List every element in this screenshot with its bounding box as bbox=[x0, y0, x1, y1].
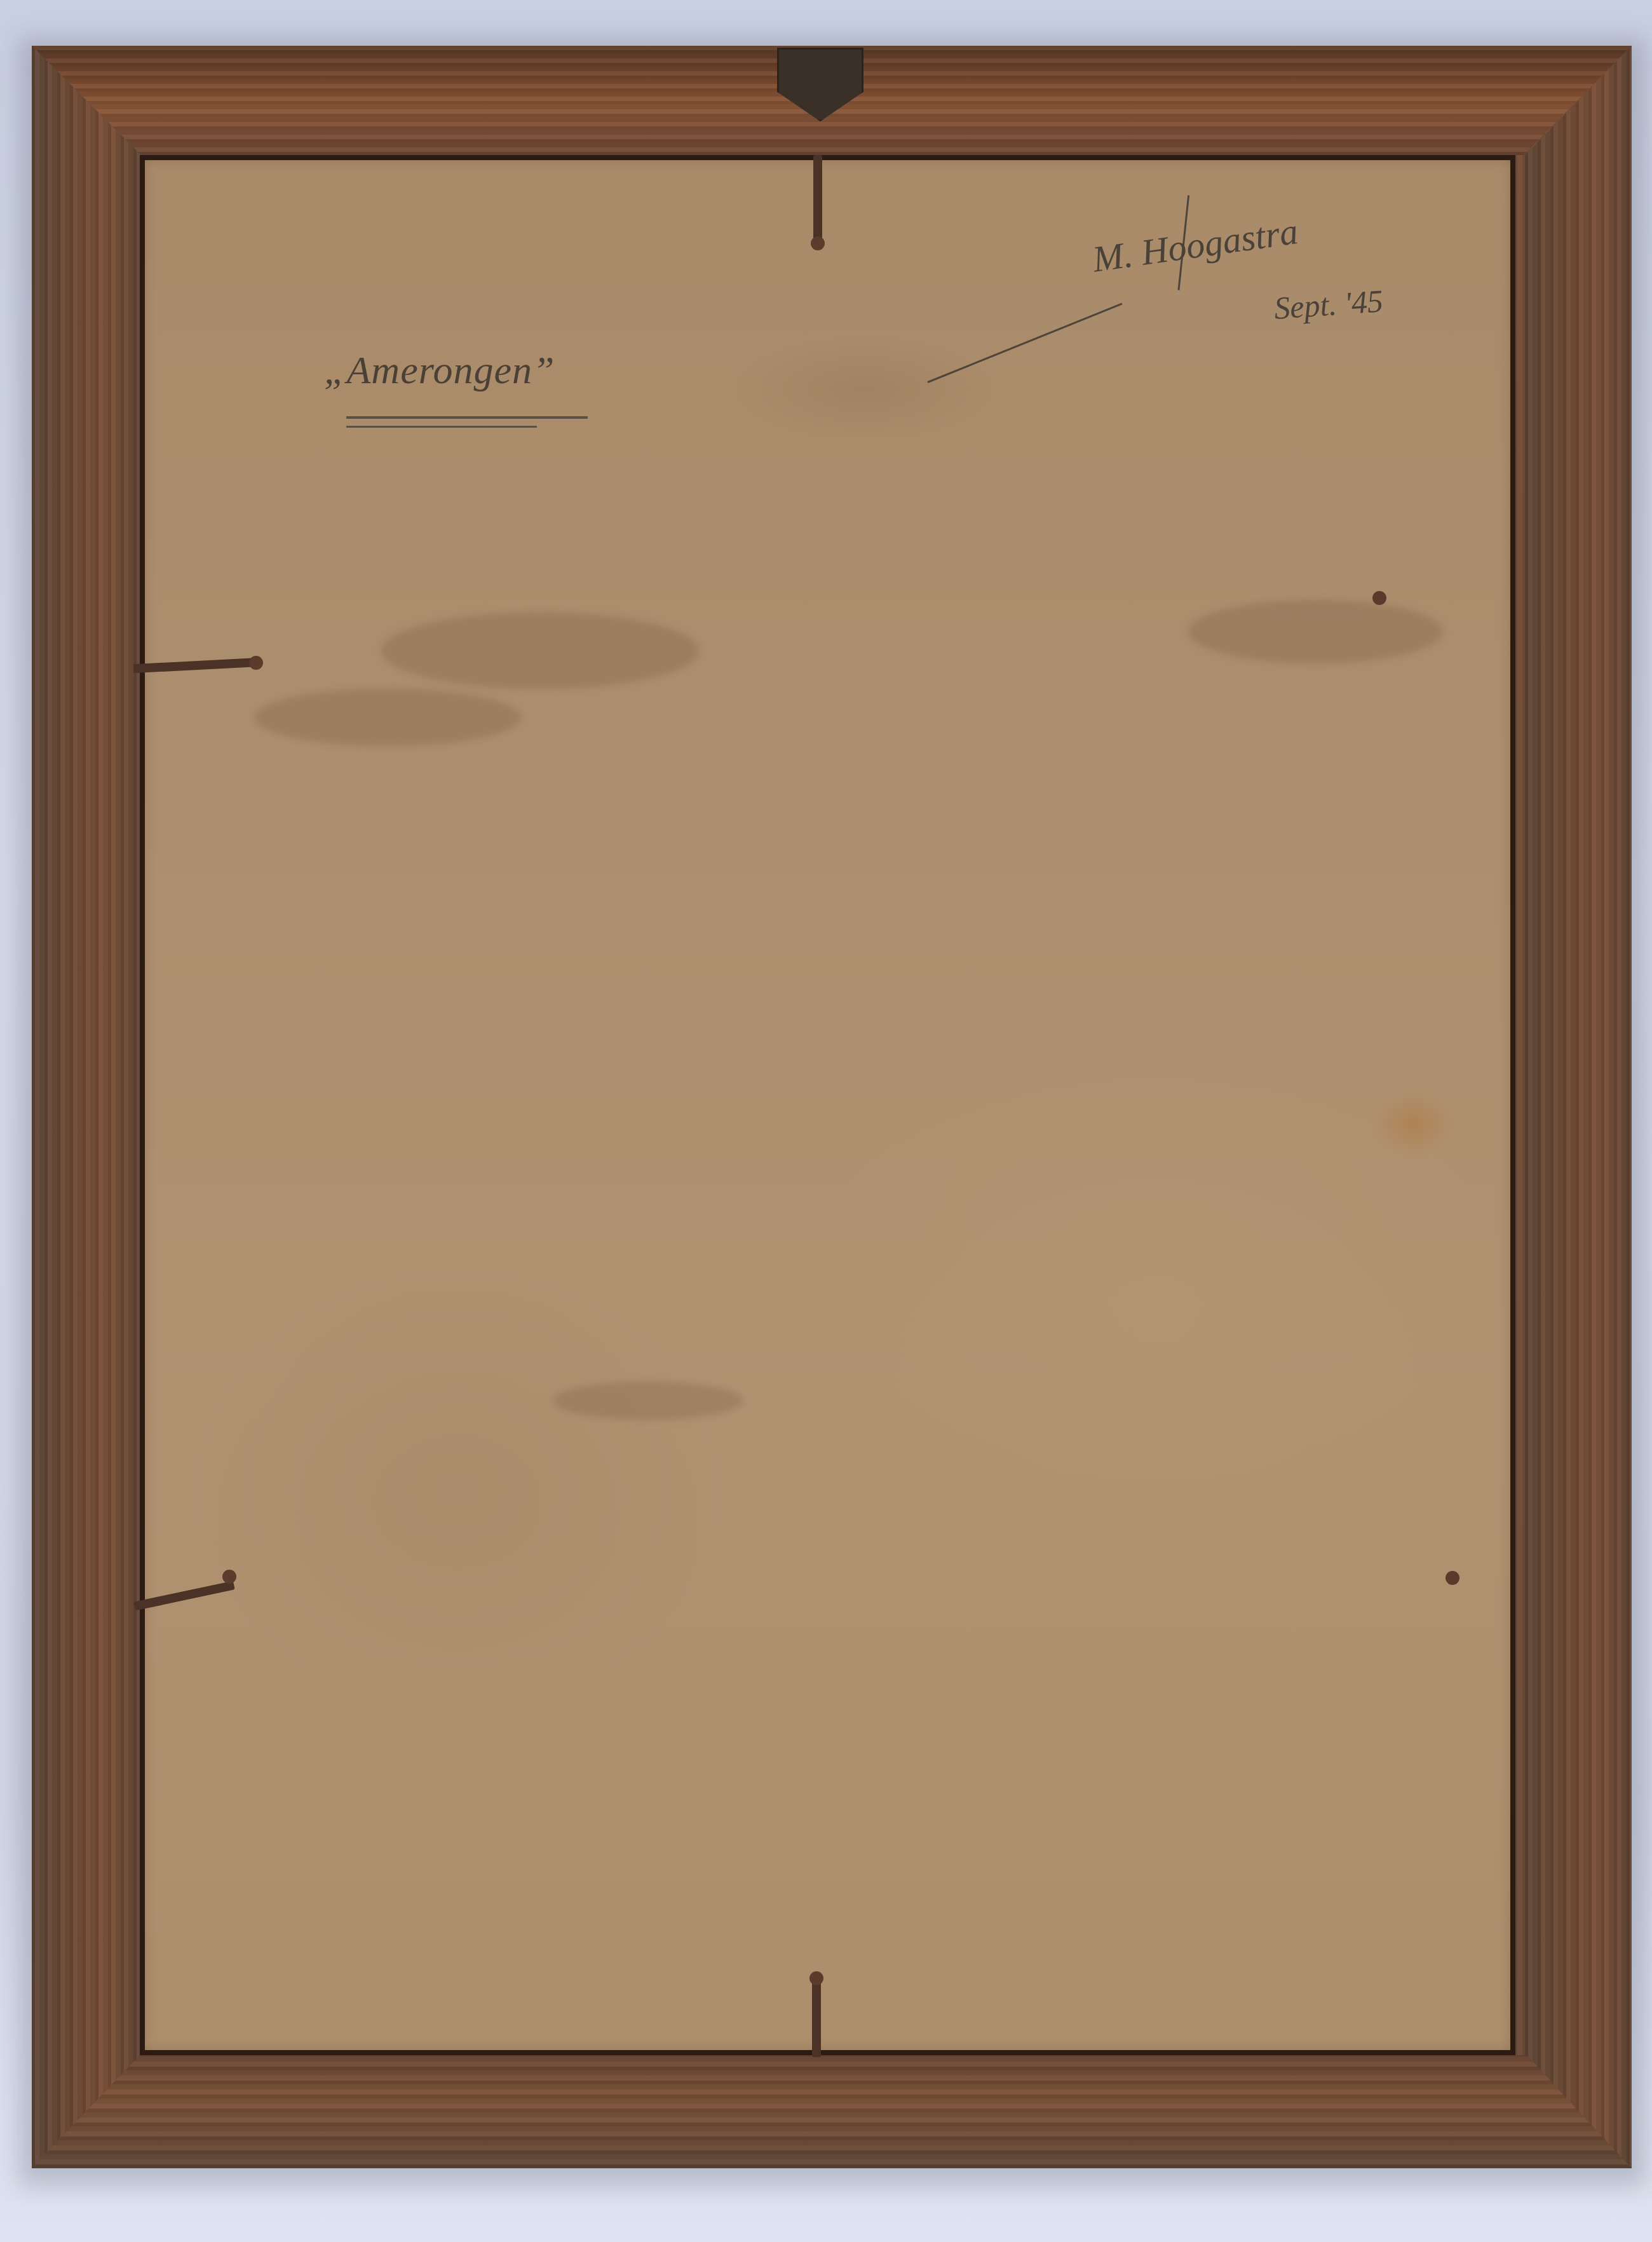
title-underline bbox=[346, 416, 588, 419]
nail-head bbox=[222, 1570, 236, 1584]
nail-right-lower bbox=[1446, 1571, 1459, 1585]
frame-right-rail bbox=[1525, 46, 1632, 2168]
nail-head bbox=[249, 656, 263, 670]
title-underline bbox=[346, 426, 537, 428]
handwritten-title: „Amerongen” bbox=[324, 348, 555, 393]
stain bbox=[254, 689, 521, 746]
frame-bottom-rail bbox=[32, 2055, 1632, 2168]
nail-head bbox=[811, 236, 825, 250]
photo-scene: „Amerongen” M. Hoogastra Sept. '45 bbox=[0, 0, 1652, 2242]
stain bbox=[553, 1382, 743, 1420]
picture-frame bbox=[32, 46, 1632, 2168]
nail-right-upper bbox=[1372, 591, 1386, 605]
nail-top-center bbox=[813, 155, 822, 244]
nail-head bbox=[809, 1971, 823, 1985]
nail-bottom-center bbox=[812, 1978, 821, 2057]
frame-left-rail bbox=[32, 46, 141, 2168]
signature-date: Sept. '45 bbox=[1273, 282, 1384, 327]
backing-board bbox=[140, 155, 1515, 2055]
stain bbox=[381, 613, 699, 689]
stain bbox=[1188, 600, 1442, 663]
